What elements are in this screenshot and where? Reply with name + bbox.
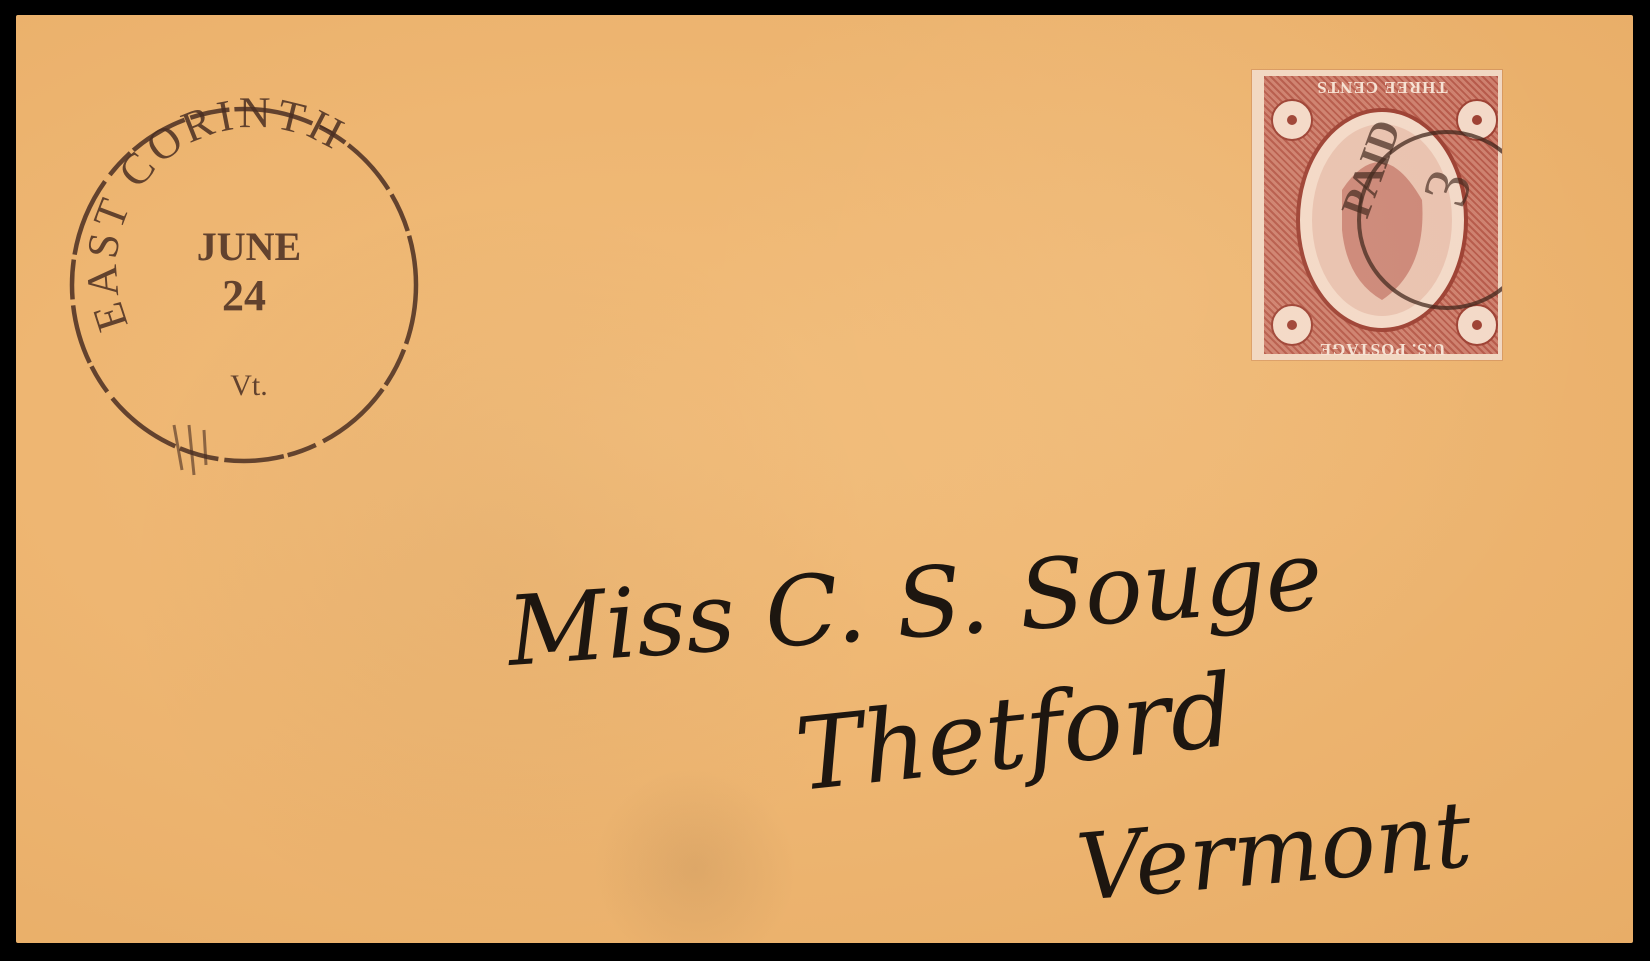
stamp-bottom-label: U.S. POSTAGE — [1319, 340, 1445, 359]
envelope: EAST CORINTH JUNE 24 Vt. THREE CENTS U.S… — [16, 15, 1633, 943]
postmark-month: JUNE — [197, 224, 301, 269]
postage-stamp: THREE CENTS U.S. POSTAGE PAID 3 — [1252, 70, 1502, 360]
postmark-circle: EAST CORINTH JUNE 24 Vt. — [64, 85, 434, 485]
postmark-state: Vt. — [230, 369, 268, 402]
stamp-top-label: THREE CENTS — [1316, 78, 1447, 97]
postmark-town: EAST CORINTH — [77, 88, 355, 337]
svg-text:EAST CORINTH: EAST CORINTH — [77, 88, 355, 337]
postmark-day: 24 — [222, 271, 266, 320]
